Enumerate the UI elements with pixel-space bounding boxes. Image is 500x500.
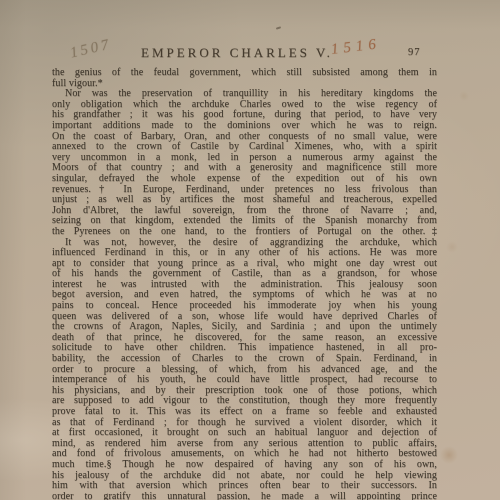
page-title: EMPEROR CHARLES V. (141, 45, 333, 61)
handwritten-year-right: 1516 (330, 36, 382, 59)
text-line: prove fatal to it. This was its effect o… (52, 407, 437, 418)
page-text: the genius of the feudal government, whi… (52, 68, 437, 500)
book-page: 1507 EMPEROR CHARLES V. 1516 97 the geni… (0, 0, 500, 500)
text-line: important additions made to the dominion… (52, 121, 437, 132)
text-line: singular, defrayed the whole expense of … (52, 174, 437, 185)
text-line: much time.§ Though he now despaired of h… (52, 460, 437, 471)
text-line: the genius of the feudal government, whi… (52, 68, 437, 79)
text-line: order to gratify this unnatural passion,… (52, 492, 437, 500)
text-line: the Pyrenees on the one hand, to the fro… (52, 227, 437, 238)
page-number: 97 (408, 47, 421, 58)
handwritten-year-left: 1507 (69, 36, 114, 62)
ink-speck (276, 26, 281, 30)
